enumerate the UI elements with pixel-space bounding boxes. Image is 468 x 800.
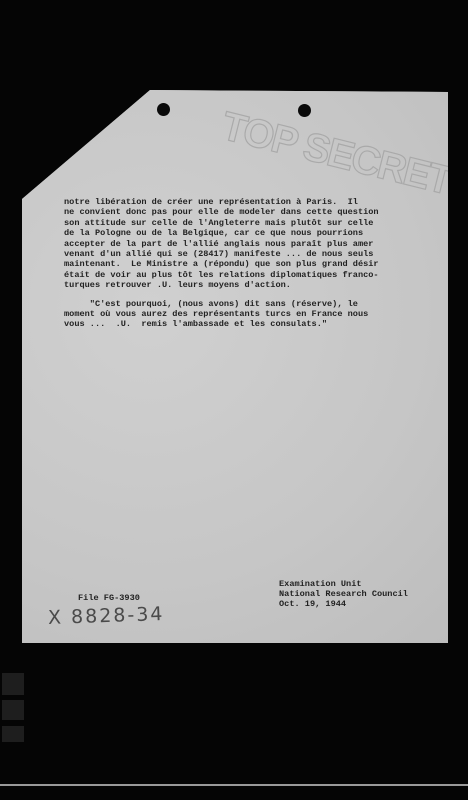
body-line: venant d'un allié qui se (28417) manifes…	[64, 249, 434, 259]
body-line: son attitude sur celle de l'Angleterre m…	[64, 218, 434, 228]
issuer-block: Examination Unit National Research Counc…	[279, 579, 408, 609]
body-line: turques retrouver .U. leurs moyens d'act…	[64, 280, 434, 290]
body-paragraph: notre libération de créer une représenta…	[64, 197, 434, 330]
body-line: notre libération de créer une représenta…	[64, 197, 434, 207]
document-page: TOP SECRET notre libération de créer une…	[22, 90, 448, 643]
body-line: était de voir au plus tôt les relations …	[64, 270, 434, 280]
body-line: accepter de la part de l'allié anglais n…	[64, 239, 434, 249]
issuer-organization: National Research Council	[279, 589, 408, 599]
body-line: de la Pologne ou de la Belgique, car ce …	[64, 228, 434, 238]
body-line: ne convient donc pas pour elle de modele…	[64, 207, 434, 217]
quote-line: moment où vous aurez des représentants t…	[64, 309, 434, 319]
punch-hole-left	[157, 103, 170, 116]
quote-line: "C'est pourquoi, (nous avons) dit sans (…	[64, 299, 434, 309]
issuer-unit: Examination Unit	[279, 579, 408, 589]
handwritten-reference: X 8828-34	[48, 603, 165, 629]
scan-artifact	[2, 700, 24, 720]
scan-line	[0, 784, 468, 786]
top-secret-stamp: TOP SECRET	[217, 104, 455, 204]
body-line: maintenant. Le Ministre a (répondu) que …	[64, 259, 434, 269]
issuer-date: Oct. 19, 1944	[279, 599, 408, 609]
punch-hole-right	[298, 104, 311, 117]
scan-artifact	[2, 673, 24, 695]
quote-paragraph: "C'est pourquoi, (nous avons) dit sans (…	[64, 299, 434, 330]
quote-line: vous ... .U. remis l'ambassade et les co…	[64, 319, 434, 329]
scan-artifact	[2, 726, 24, 742]
file-reference: File FG-3930	[78, 593, 140, 603]
